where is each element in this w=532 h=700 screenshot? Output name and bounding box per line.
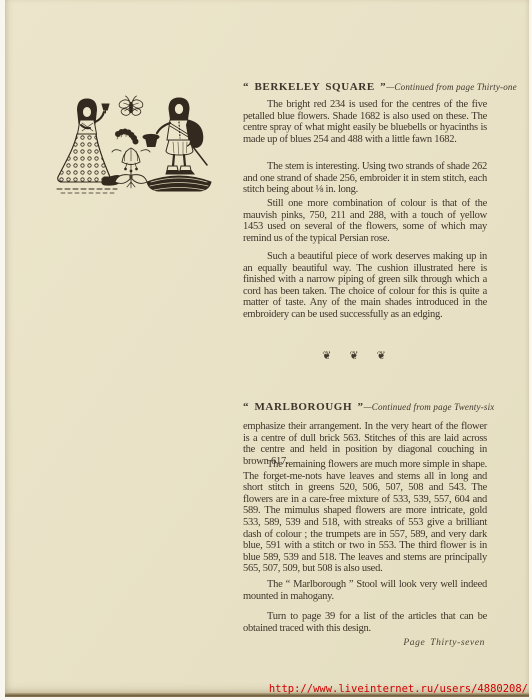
fleuron-icon: ❦ [377,350,386,362]
caterpillar [116,129,139,144]
paragraph: The remaining flowers are much more simp… [243,459,487,575]
man-figure [143,98,207,174]
paragraph: Turn to page 39 for a list of the articl… [243,611,487,634]
page-paper: “ BERKELEY SQUARE ”—Continued from page … [5,0,529,693]
watermark-url: http://www.liveinternet.ru/users/4880208… [269,683,528,695]
section-continuation-note: —Continued from page Thirty-one [386,82,517,92]
section-title: “ MARLBOROUGH ” [243,401,364,413]
mat [147,176,211,191]
text-column: “ BERKELEY SQUARE ”—Continued from page … [243,0,487,693]
paragraph: Still one more combination of colour is … [243,198,487,244]
paragraph: The bright red 234 is used for the centr… [243,99,487,145]
fleuron-icon: ❦ [349,350,358,362]
paragraph: The stem is interesting. Using two stran… [243,161,487,196]
fleuron-icon: ❦ [322,350,331,362]
scanned-book-page: “ BERKELEY SQUARE ”—Continued from page … [0,0,532,700]
section-heading-marlborough: “ MARLBOROUGH ”—Continued from page Twen… [243,397,487,415]
section-continuation-note: —Continued from page Twenty-six [364,402,495,412]
section-heading-berkeley-square: “ BERKELEY SQUARE ”—Continued from page … [243,77,487,95]
butterfly [118,96,144,116]
woman-figure [58,99,122,185]
paragraph: The “ Marlborough ” Stool will look very… [243,579,487,602]
paragraph: Such a beautiful piece of work deserves … [243,251,487,321]
page-number: Page Thirty-seven [403,638,485,648]
section-title: “ BERKELEY SQUARE ” [243,81,386,93]
flower [112,148,150,188]
woodcut-illustration-lady-and-gentleman [51,92,217,214]
ground-hatching-left [57,189,117,193]
section-divider-ornaments: ❦❦❦ [243,349,487,363]
